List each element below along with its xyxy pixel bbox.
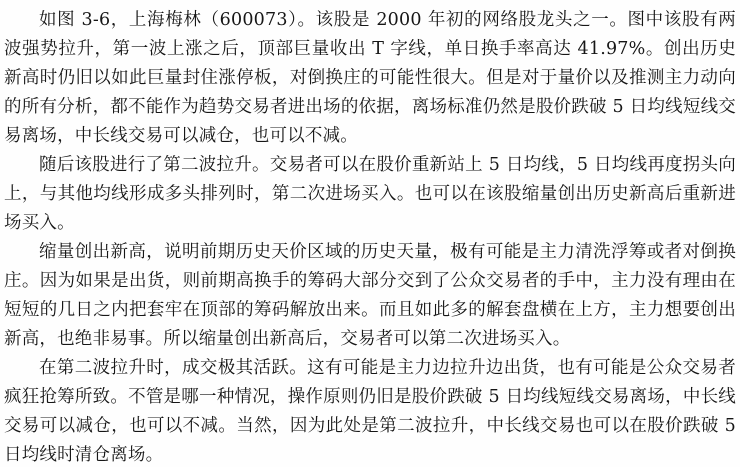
paragraph-1: 如图 3-6，上海梅林（600073）。该股是 2000 年初的网络股龙头之一。… (4, 6, 736, 151)
paragraph-4: 在第二波拉升时，成交极其活跃。这有可能是主力边拉升边出货，也有可能是公众交易者疯… (4, 354, 736, 467)
book-page: 如图 3-6，上海梅林（600073）。该股是 2000 年初的网络股龙头之一。… (0, 0, 740, 467)
paragraph-2: 随后该股进行了第二波拉升。交易者可以在股价重新站上 5 日均线，5 日均线再度拐… (4, 151, 736, 238)
paragraph-3: 缩量创出新高，说明前期历史天价区域的历史天量，极有可能是主力清洗浮筹或者对倒换庄… (4, 238, 736, 354)
